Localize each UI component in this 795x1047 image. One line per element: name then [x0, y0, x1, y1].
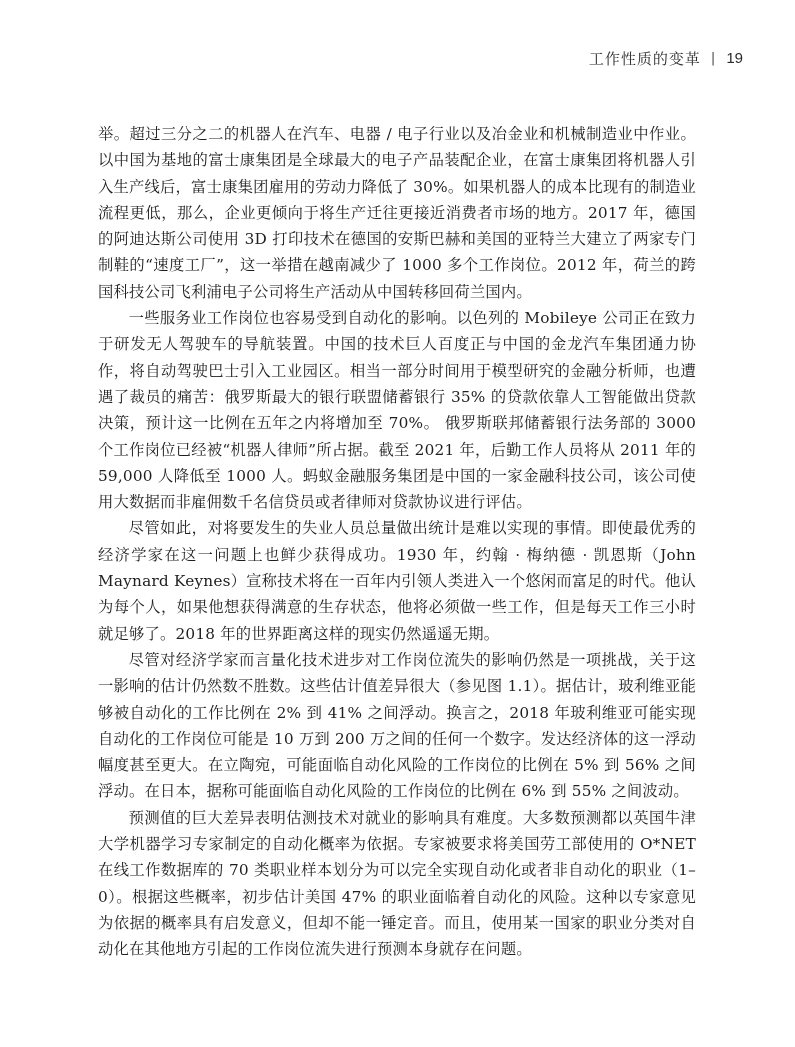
body-text: 举。超过三分之二的机器人在汽车、电器 / 电子行业以及冶金业和机械制造业中作业。…	[98, 121, 696, 963]
running-header: 工作性质的变革 | 19	[589, 48, 743, 69]
paragraph-2: 一些服务业工作岗位也容易受到自动化的影响。以色列的 Mobileye 公司正在致…	[98, 305, 696, 515]
header-separator: |	[711, 51, 716, 66]
paragraph-4: 尽管对经济学家而言量化技术进步对工作岗位流失的影响仍然是一项挑战，关于这一影响的…	[98, 647, 696, 805]
paragraph-3: 尽管如此，对将要发生的失业人员总量做出统计是难以实现的事情。即使最优秀的经济学家…	[98, 515, 696, 646]
paragraph-1: 举。超过三分之二的机器人在汽车、电器 / 电子行业以及冶金业和机械制造业中作业。…	[98, 121, 696, 305]
chapter-title: 工作性质的变革	[589, 48, 701, 69]
paragraph-5: 预测值的巨大差异表明估测技术对就业的影响具有难度。大多数预测都以英国牛津大学机器…	[98, 805, 696, 963]
page-number: 19	[726, 50, 743, 67]
